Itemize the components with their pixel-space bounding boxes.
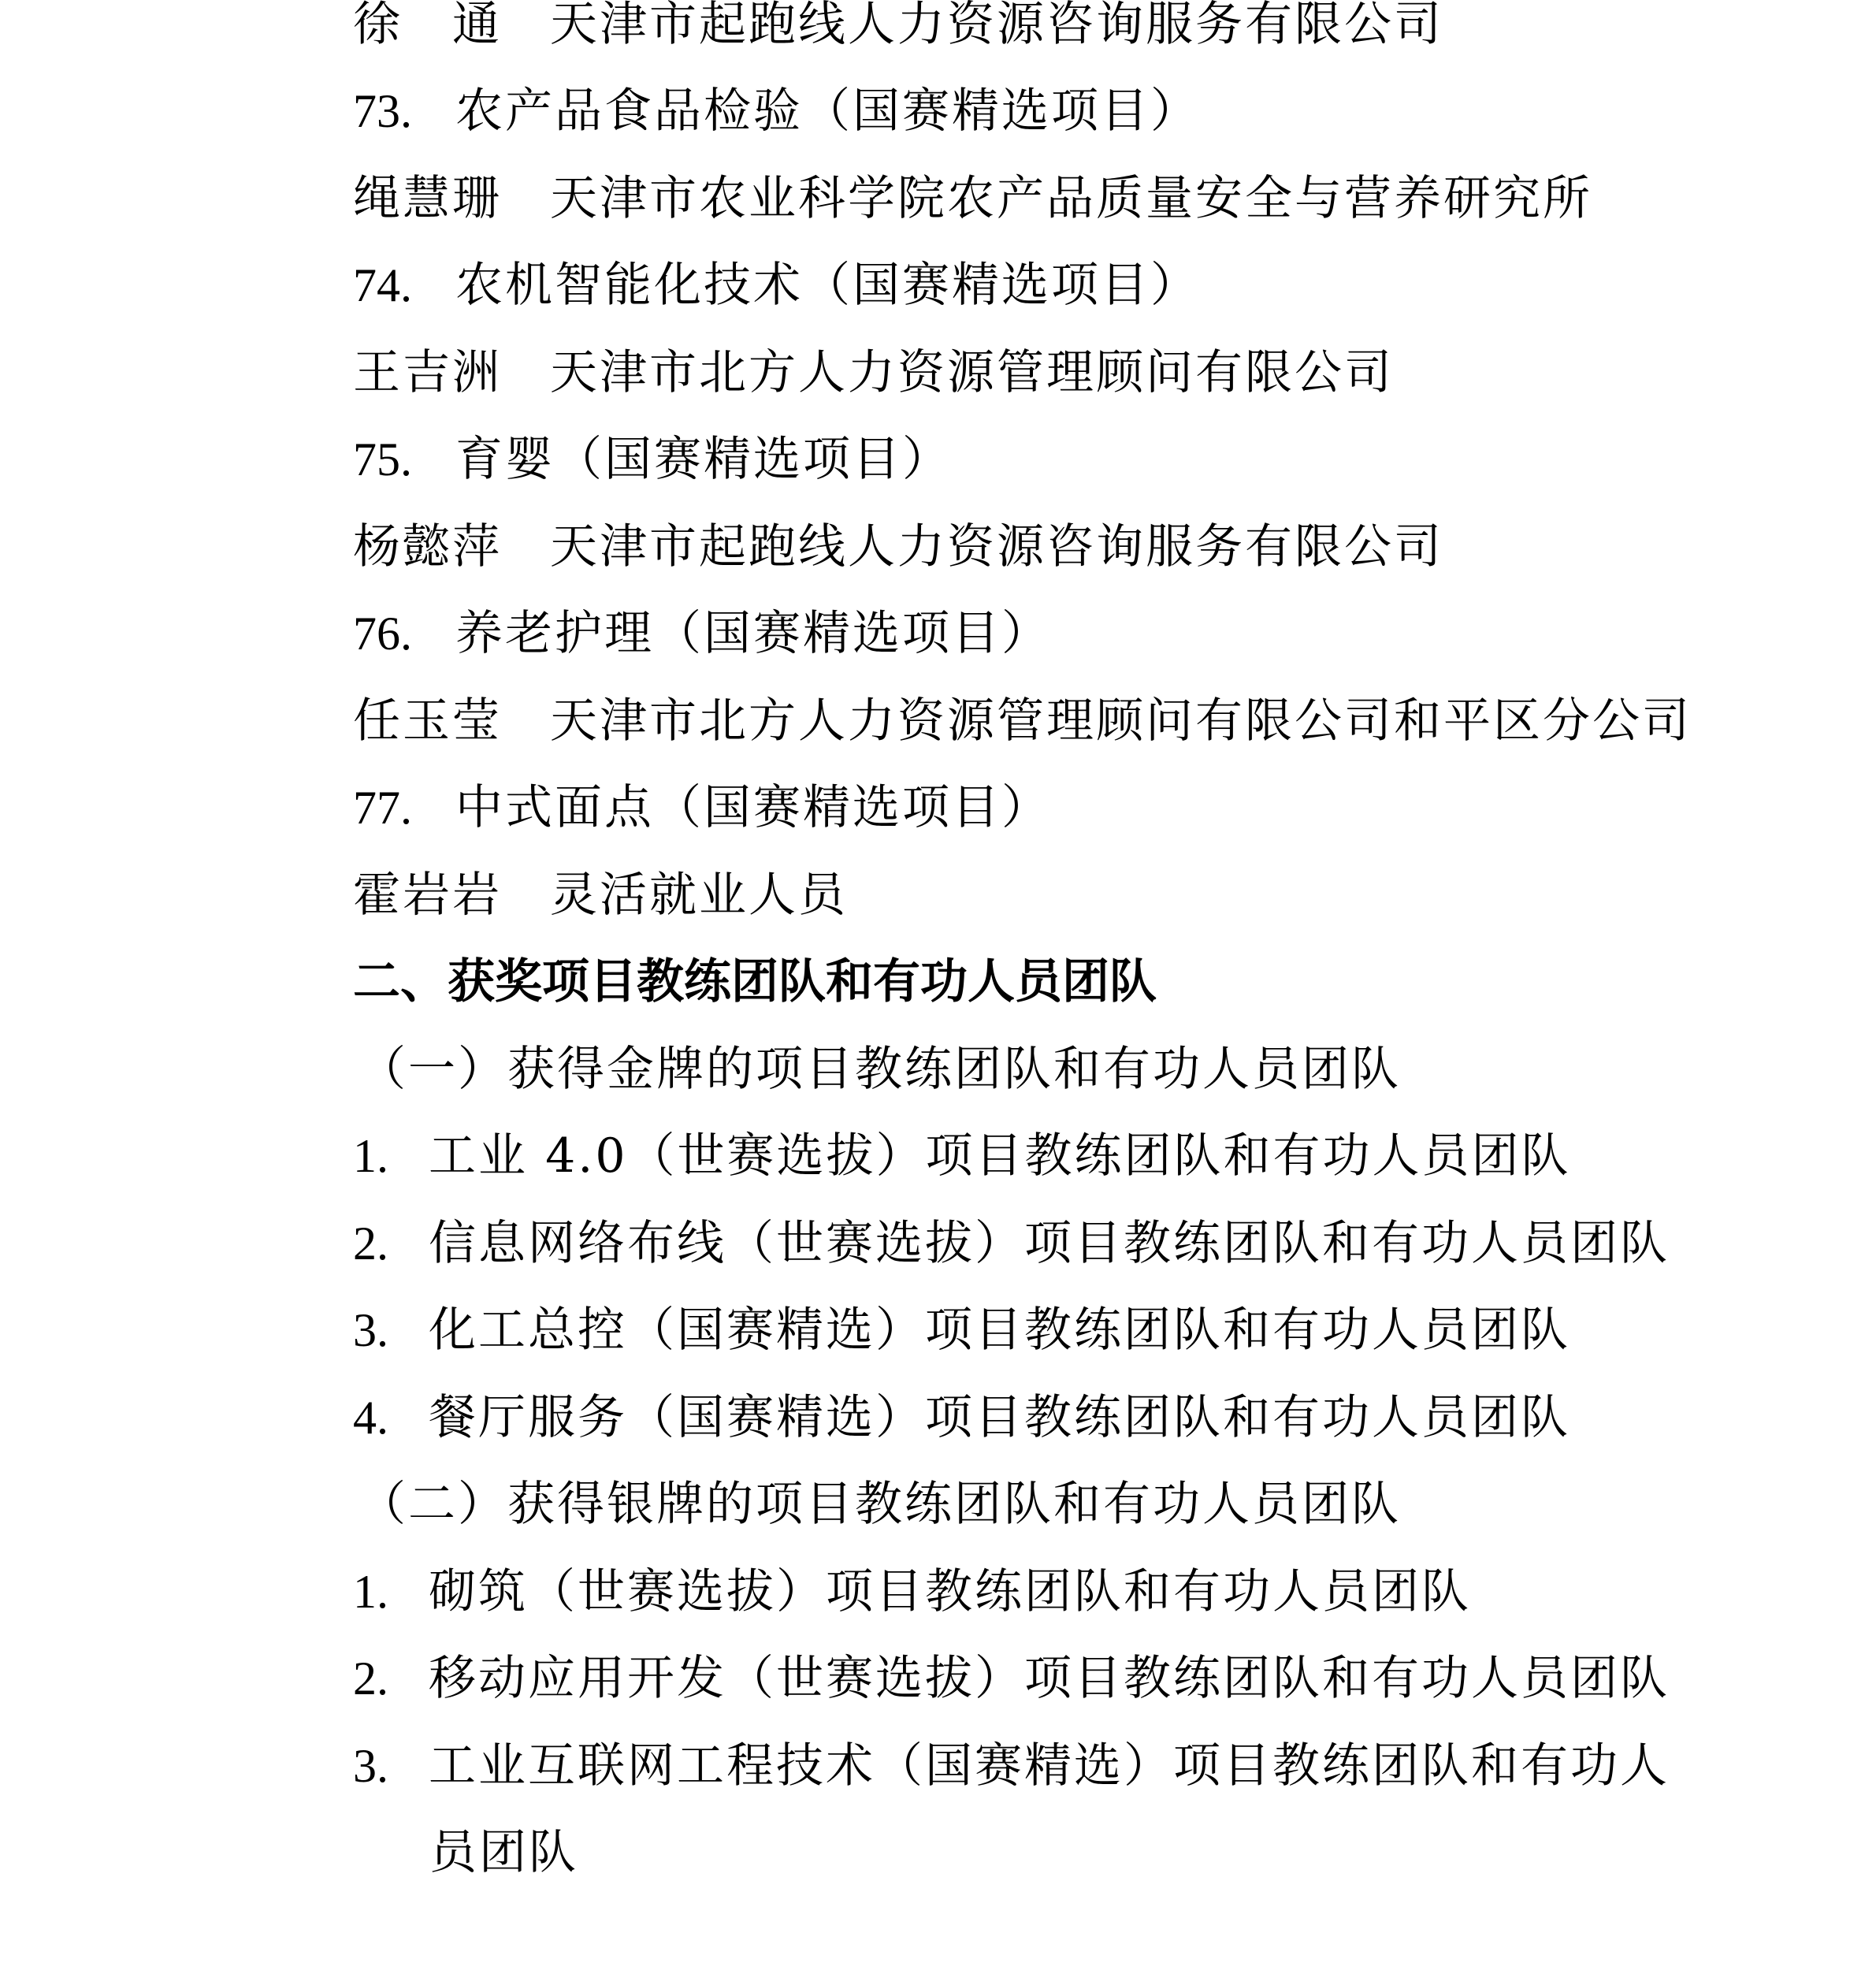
- person-name: 杨懿萍: [353, 504, 550, 590]
- person-name: 徐 通: [353, 0, 550, 68]
- silver-team-item-continued: 员团队: [429, 1809, 578, 1896]
- item-number: 1.: [353, 1113, 429, 1199]
- item-title: 砌筑（世赛选拔）项目教练团队和有功人员团队: [429, 1564, 1471, 1619]
- item-title: 信息网络布线（世赛选拔）项目教练团队和有功人员团队: [429, 1216, 1670, 1271]
- gold-team-item: 2.信息网络布线（世赛选拔）项目教练团队和有功人员团队: [353, 1200, 1670, 1287]
- item-title: 养老护理（国赛精选项目）: [455, 606, 1051, 661]
- person-name: 王吉洲: [353, 329, 550, 416]
- item-number: 77.: [353, 764, 455, 851]
- award-item-row: 75.育婴（国赛精选项目）: [353, 416, 952, 503]
- award-person-row: 徐 通天津市起跑线人力资源咨询服务有限公司: [353, 0, 1443, 68]
- document-page: 徐 通天津市起跑线人力资源咨询服务有限公司 73.农产品食品检验（国赛精选项目）…: [0, 0, 1876, 1985]
- person-organization: 天津市农业科学院农产品质量安全与营养研究所: [550, 171, 1592, 226]
- person-name: 任玉莹: [353, 678, 550, 764]
- person-organization: 天津市北方人力资源管理顾问有限公司和平区分公司: [550, 693, 1692, 749]
- item-title: 育婴（国赛精选项目）: [455, 432, 952, 487]
- award-person-row: 任玉莹天津市北方人力资源管理顾问有限公司和平区分公司: [353, 678, 1692, 764]
- award-person-row: 王吉洲天津市北方人力资源管理顾问有限公司: [353, 329, 1394, 416]
- silver-team-item: 2.移动应用开发（世赛选拔）项目教练团队和有功人员团队: [353, 1635, 1670, 1722]
- item-title: 农机智能化技术（国赛精选项目）: [455, 258, 1200, 313]
- item-number: 75.: [353, 416, 455, 503]
- silver-team-item: 3.工业互联网工程技术（国赛精选）项目教练团队和有功人: [353, 1723, 1670, 1809]
- item-title: 餐厅服务（国赛精选）项目教练团队和有功人员团队: [429, 1390, 1570, 1445]
- item-title: 化工总控（国赛精选）项目教练团队和有功人员团队: [429, 1303, 1570, 1358]
- item-number: 73.: [353, 68, 455, 154]
- item-number: 2.: [353, 1635, 429, 1722]
- item-number: 74.: [353, 242, 455, 329]
- gold-team-item: 3.化工总控（国赛精选）项目教练团队和有功人员团队: [353, 1287, 1570, 1374]
- section-heading: 二、获奖项目教练团队和有功人员团队: [353, 939, 1157, 1025]
- silver-subheading: （二）获得银牌的项目教练团队和有功人员团队: [358, 1461, 1401, 1548]
- item-number: 4.: [353, 1374, 429, 1461]
- item-number: 76.: [353, 590, 455, 677]
- award-person-row: 绳慧珊天津市农业科学院农产品质量安全与营养研究所: [353, 155, 1592, 242]
- silver-team-item: 1.砌筑（世赛选拔）项目教练团队和有功人员团队: [353, 1548, 1471, 1635]
- person-name: 绳慧珊: [353, 155, 550, 242]
- item-title: 中式面点（国赛精选项目）: [455, 780, 1051, 835]
- award-item-row: 77.中式面点（国赛精选项目）: [353, 764, 1051, 851]
- item-number: 1.: [353, 1548, 429, 1635]
- award-person-row: 杨懿萍天津市起跑线人力资源咨询服务有限公司: [353, 504, 1443, 590]
- person-organization: 天津市起跑线人力资源咨询服务有限公司: [550, 519, 1443, 574]
- item-title: 工业互联网工程技术（国赛精选）项目教练团队和有功人: [429, 1738, 1670, 1794]
- person-organization: 灵活就业人员: [550, 868, 848, 923]
- gold-team-item: 1.工业 4.0（世赛选拔）项目教练团队和有功人员团队: [353, 1113, 1571, 1199]
- award-item-row: 76.养老护理（国赛精选项目）: [353, 590, 1051, 677]
- item-title: 农产品食品检验（国赛精选项目）: [455, 84, 1200, 139]
- person-organization: 天津市北方人力资源管理顾问有限公司: [550, 345, 1394, 400]
- person-organization: 天津市起跑线人力资源咨询服务有限公司: [550, 0, 1443, 52]
- award-item-row: 74.农机智能化技术（国赛精选项目）: [353, 242, 1200, 329]
- item-title: 工业 4.0（世赛选拔）项目教练团队和有功人员团队: [429, 1128, 1571, 1184]
- award-person-row: 霍岩岩灵活就业人员: [353, 852, 848, 939]
- item-number: 3.: [353, 1287, 429, 1374]
- item-number: 2.: [353, 1200, 429, 1287]
- item-title: 移动应用开发（世赛选拔）项目教练团队和有功人员团队: [429, 1651, 1670, 1706]
- gold-team-item: 4.餐厅服务（国赛精选）项目教练团队和有功人员团队: [353, 1374, 1570, 1461]
- award-item-row: 73.农产品食品检验（国赛精选项目）: [353, 68, 1200, 154]
- person-name: 霍岩岩: [353, 852, 550, 939]
- gold-subheading: （一）获得金牌的项目教练团队和有功人员团队: [358, 1026, 1401, 1113]
- item-number: 3.: [353, 1723, 429, 1809]
